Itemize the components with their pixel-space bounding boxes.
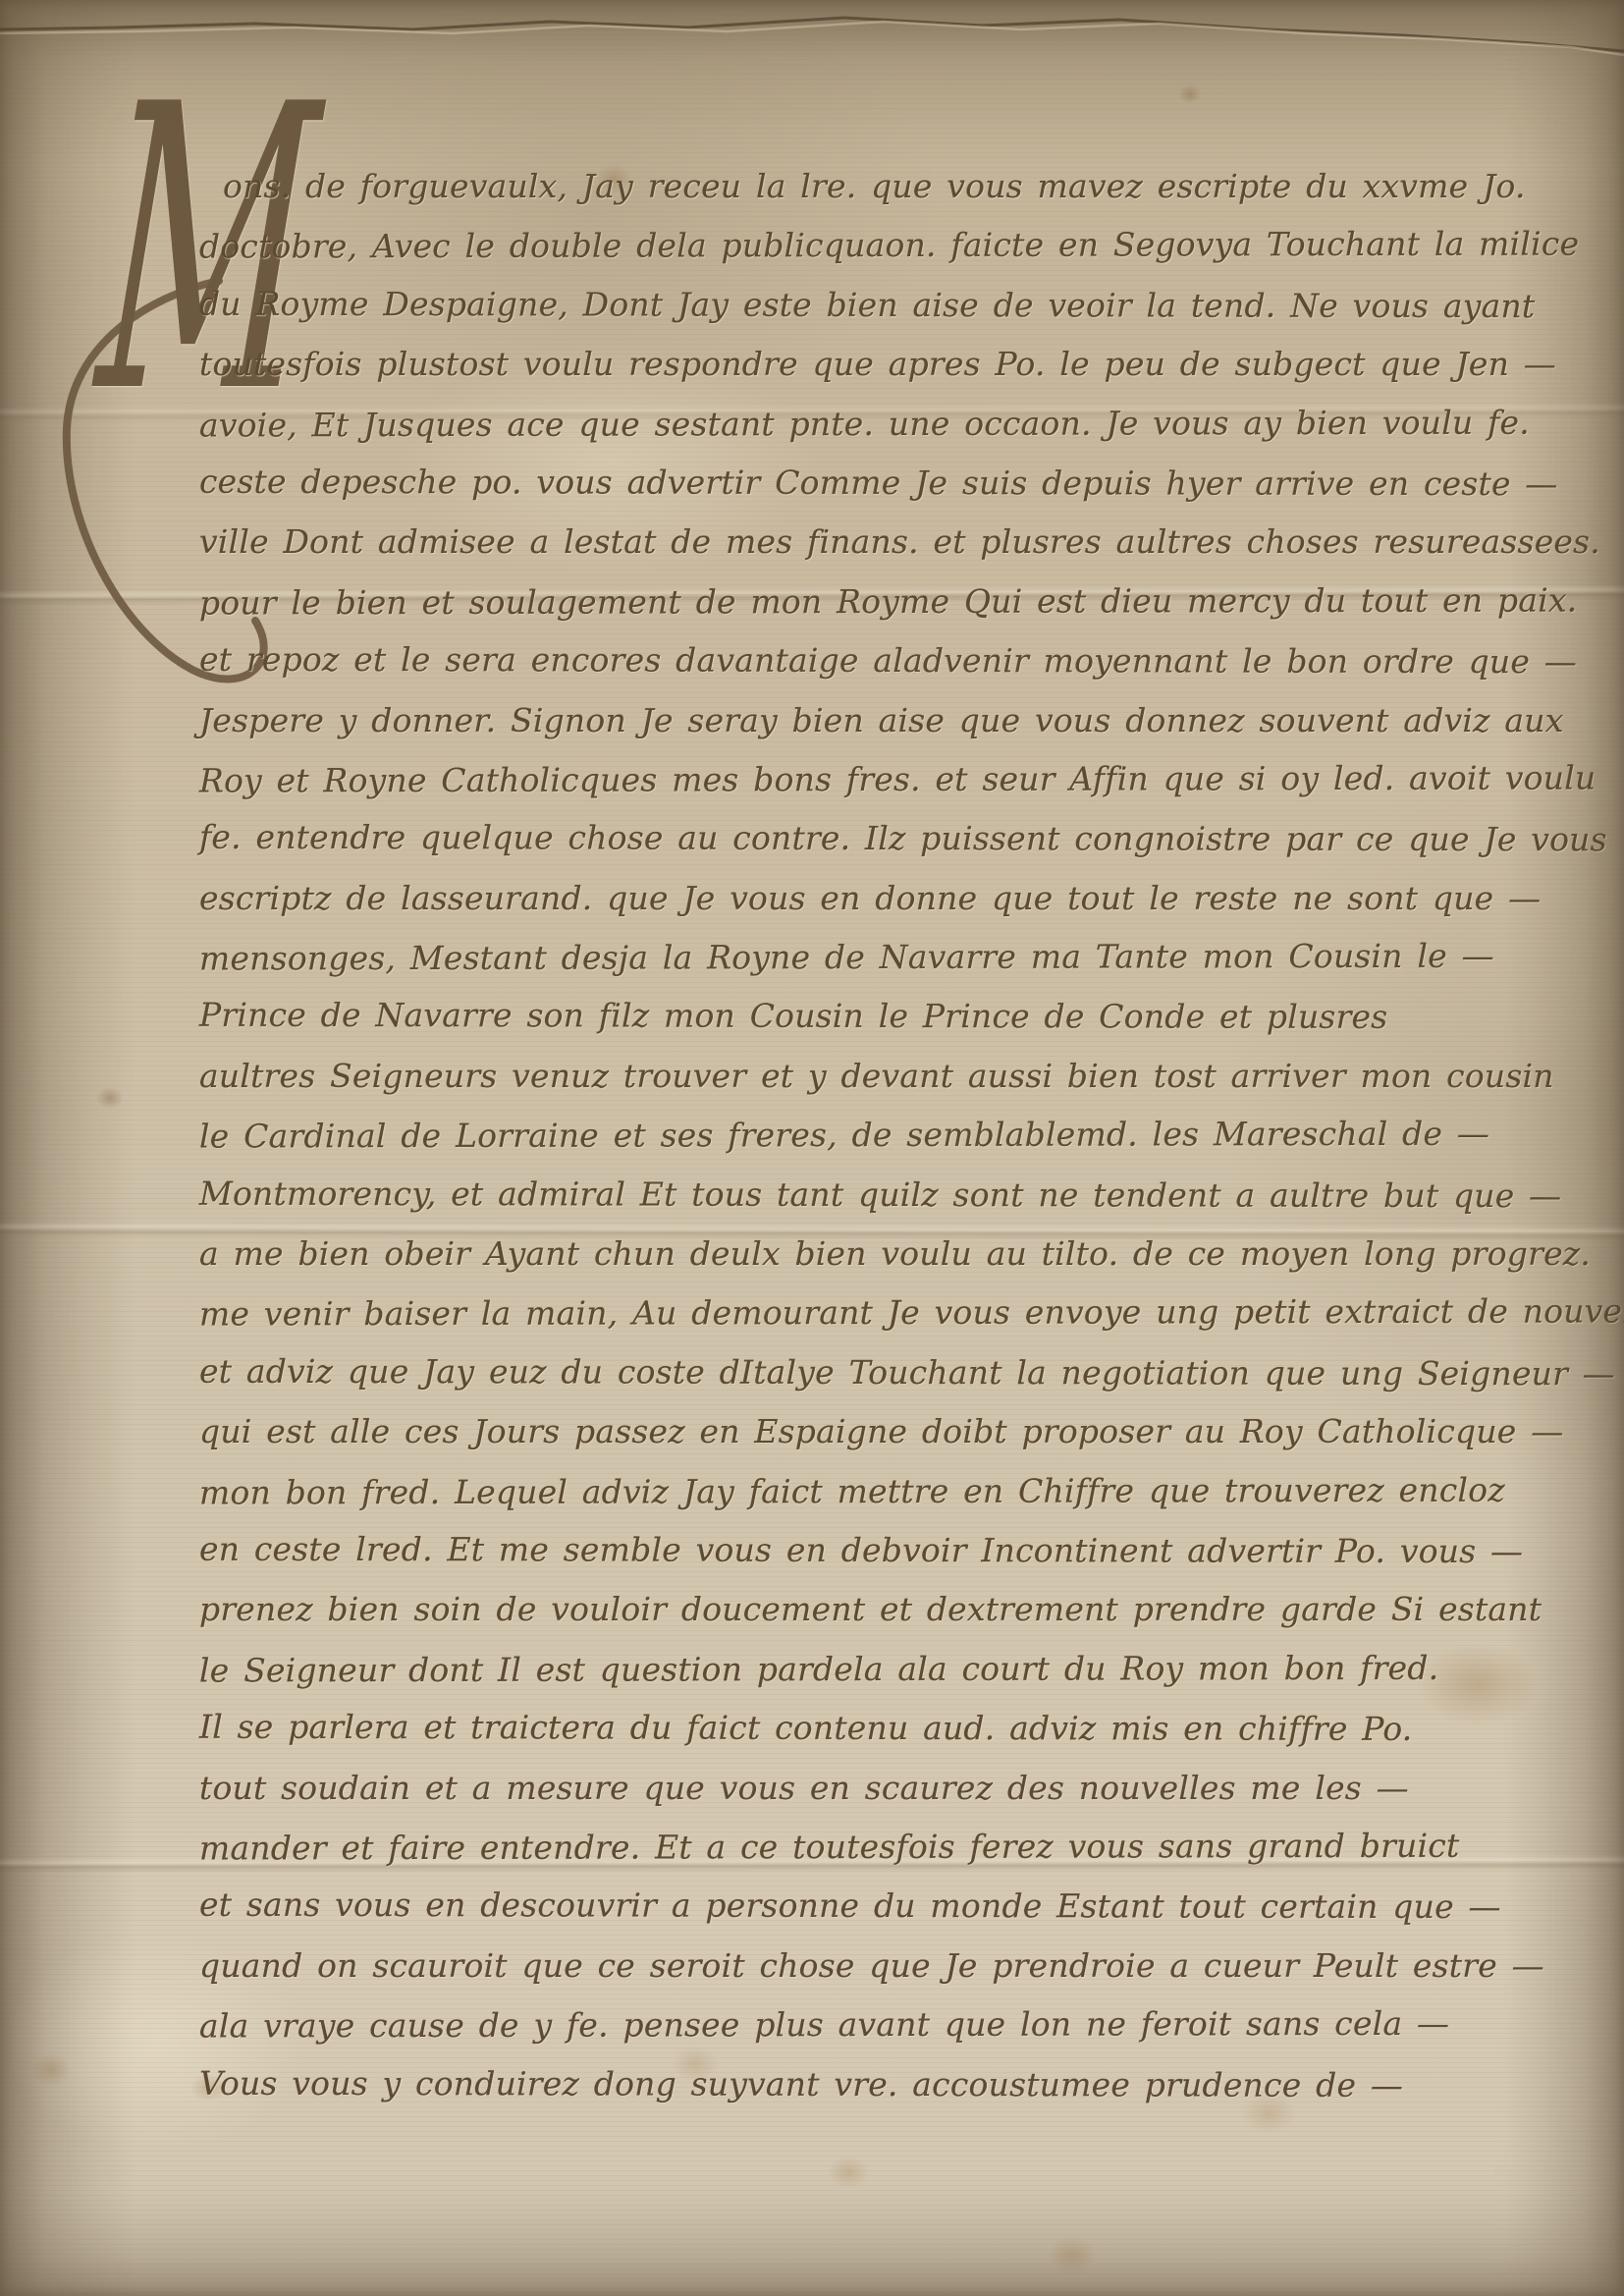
manuscript-page: M ons. de forguevaulx, Jay receu la lre.… xyxy=(0,0,1624,2296)
manuscript-line: quand on scauroit que ce seroit chose qu… xyxy=(199,1937,1574,1995)
manuscript-line: tout soudain et a mesure que vous en sca… xyxy=(199,1759,1574,1818)
manuscript-line: Vous vous y conduirez dong suyvant vre. … xyxy=(199,2053,1574,2115)
manuscript-line: escriptz de lasseurand. que Je vous en d… xyxy=(199,869,1574,928)
manuscript-line: le Seigneur dont Il est question pardela… xyxy=(199,1638,1574,1700)
manuscript-line: Jespere y donner. Signon Je seray bien a… xyxy=(199,691,1574,750)
manuscript-line: avoie, Et Jusques ace que sestant pnte. … xyxy=(199,393,1574,455)
letter-body: ons. de forguevaulx, Jay receu la lre. q… xyxy=(199,157,1574,2114)
torn-top-edge xyxy=(0,0,1624,69)
manuscript-line: Roy et Royne Catholicques mes bons fres.… xyxy=(199,748,1574,810)
manuscript-line: et sans vous en descouvrir a personne du… xyxy=(199,1876,1574,1938)
manuscript-line: Prince de Navarre son filz mon Cousin le… xyxy=(199,986,1574,1048)
manuscript-line: ville Dont admisee a lestat de mes finan… xyxy=(199,513,1574,572)
manuscript-line: a me bien obeir Ayant chun deulx bien vo… xyxy=(199,1225,1574,1284)
manuscript-line: le Cardinal de Lorraine et ses freres, d… xyxy=(199,1105,1574,1167)
manuscript-line: ala vraye cause de y fe. pensee plus ava… xyxy=(199,1995,1574,2056)
manuscript-line: pour le bien et soulagement de mon Royme… xyxy=(199,571,1574,632)
manuscript-line: prenez bien soin de vouloir doucement et… xyxy=(199,1580,1574,1639)
manuscript-line: fe. entendre quelque chose au contre. Il… xyxy=(199,808,1574,870)
manuscript-line: Il se parlera et traictera du faict cont… xyxy=(199,1698,1574,1760)
manuscript-line: me venir baiser la main, Au demourant Je… xyxy=(199,1283,1574,1344)
manuscript-line: aultres Seigneurs venuz trouver et y dev… xyxy=(199,1047,1574,1106)
manuscript-line: ons. de forguevaulx, Jay receu la lre. q… xyxy=(199,157,1574,216)
manuscript-line: et adviz que Jay euz du coste dItalye To… xyxy=(199,1342,1574,1404)
manuscript-line: mander et faire entendre. Et a ce toutes… xyxy=(199,1816,1574,1878)
manuscript-line: et repoz et le sera encores davantaige a… xyxy=(199,630,1574,692)
manuscript-line: mensonges, Mestant desja la Royne de Nav… xyxy=(199,927,1574,989)
manuscript-line: doctobre, Avec le double dela publicquao… xyxy=(199,215,1574,277)
manuscript-line: en ceste lred. Et me semble vous en debv… xyxy=(199,1520,1574,1582)
manuscript-line: mon bon fred. Lequel adviz Jay faict met… xyxy=(199,1460,1574,1522)
manuscript-line: qui est alle ces Jours passez en Espaign… xyxy=(199,1402,1574,1461)
manuscript-line: du Royme Despaigne, Dont Jay este bien a… xyxy=(199,275,1574,337)
manuscript-line: ceste depesche po. vous advertir Comme J… xyxy=(199,453,1574,515)
manuscript-line: Montmorency, et admiral Et tous tant qui… xyxy=(199,1164,1574,1226)
manuscript-line: toutesfois plustost voulu respondre que … xyxy=(199,335,1574,394)
